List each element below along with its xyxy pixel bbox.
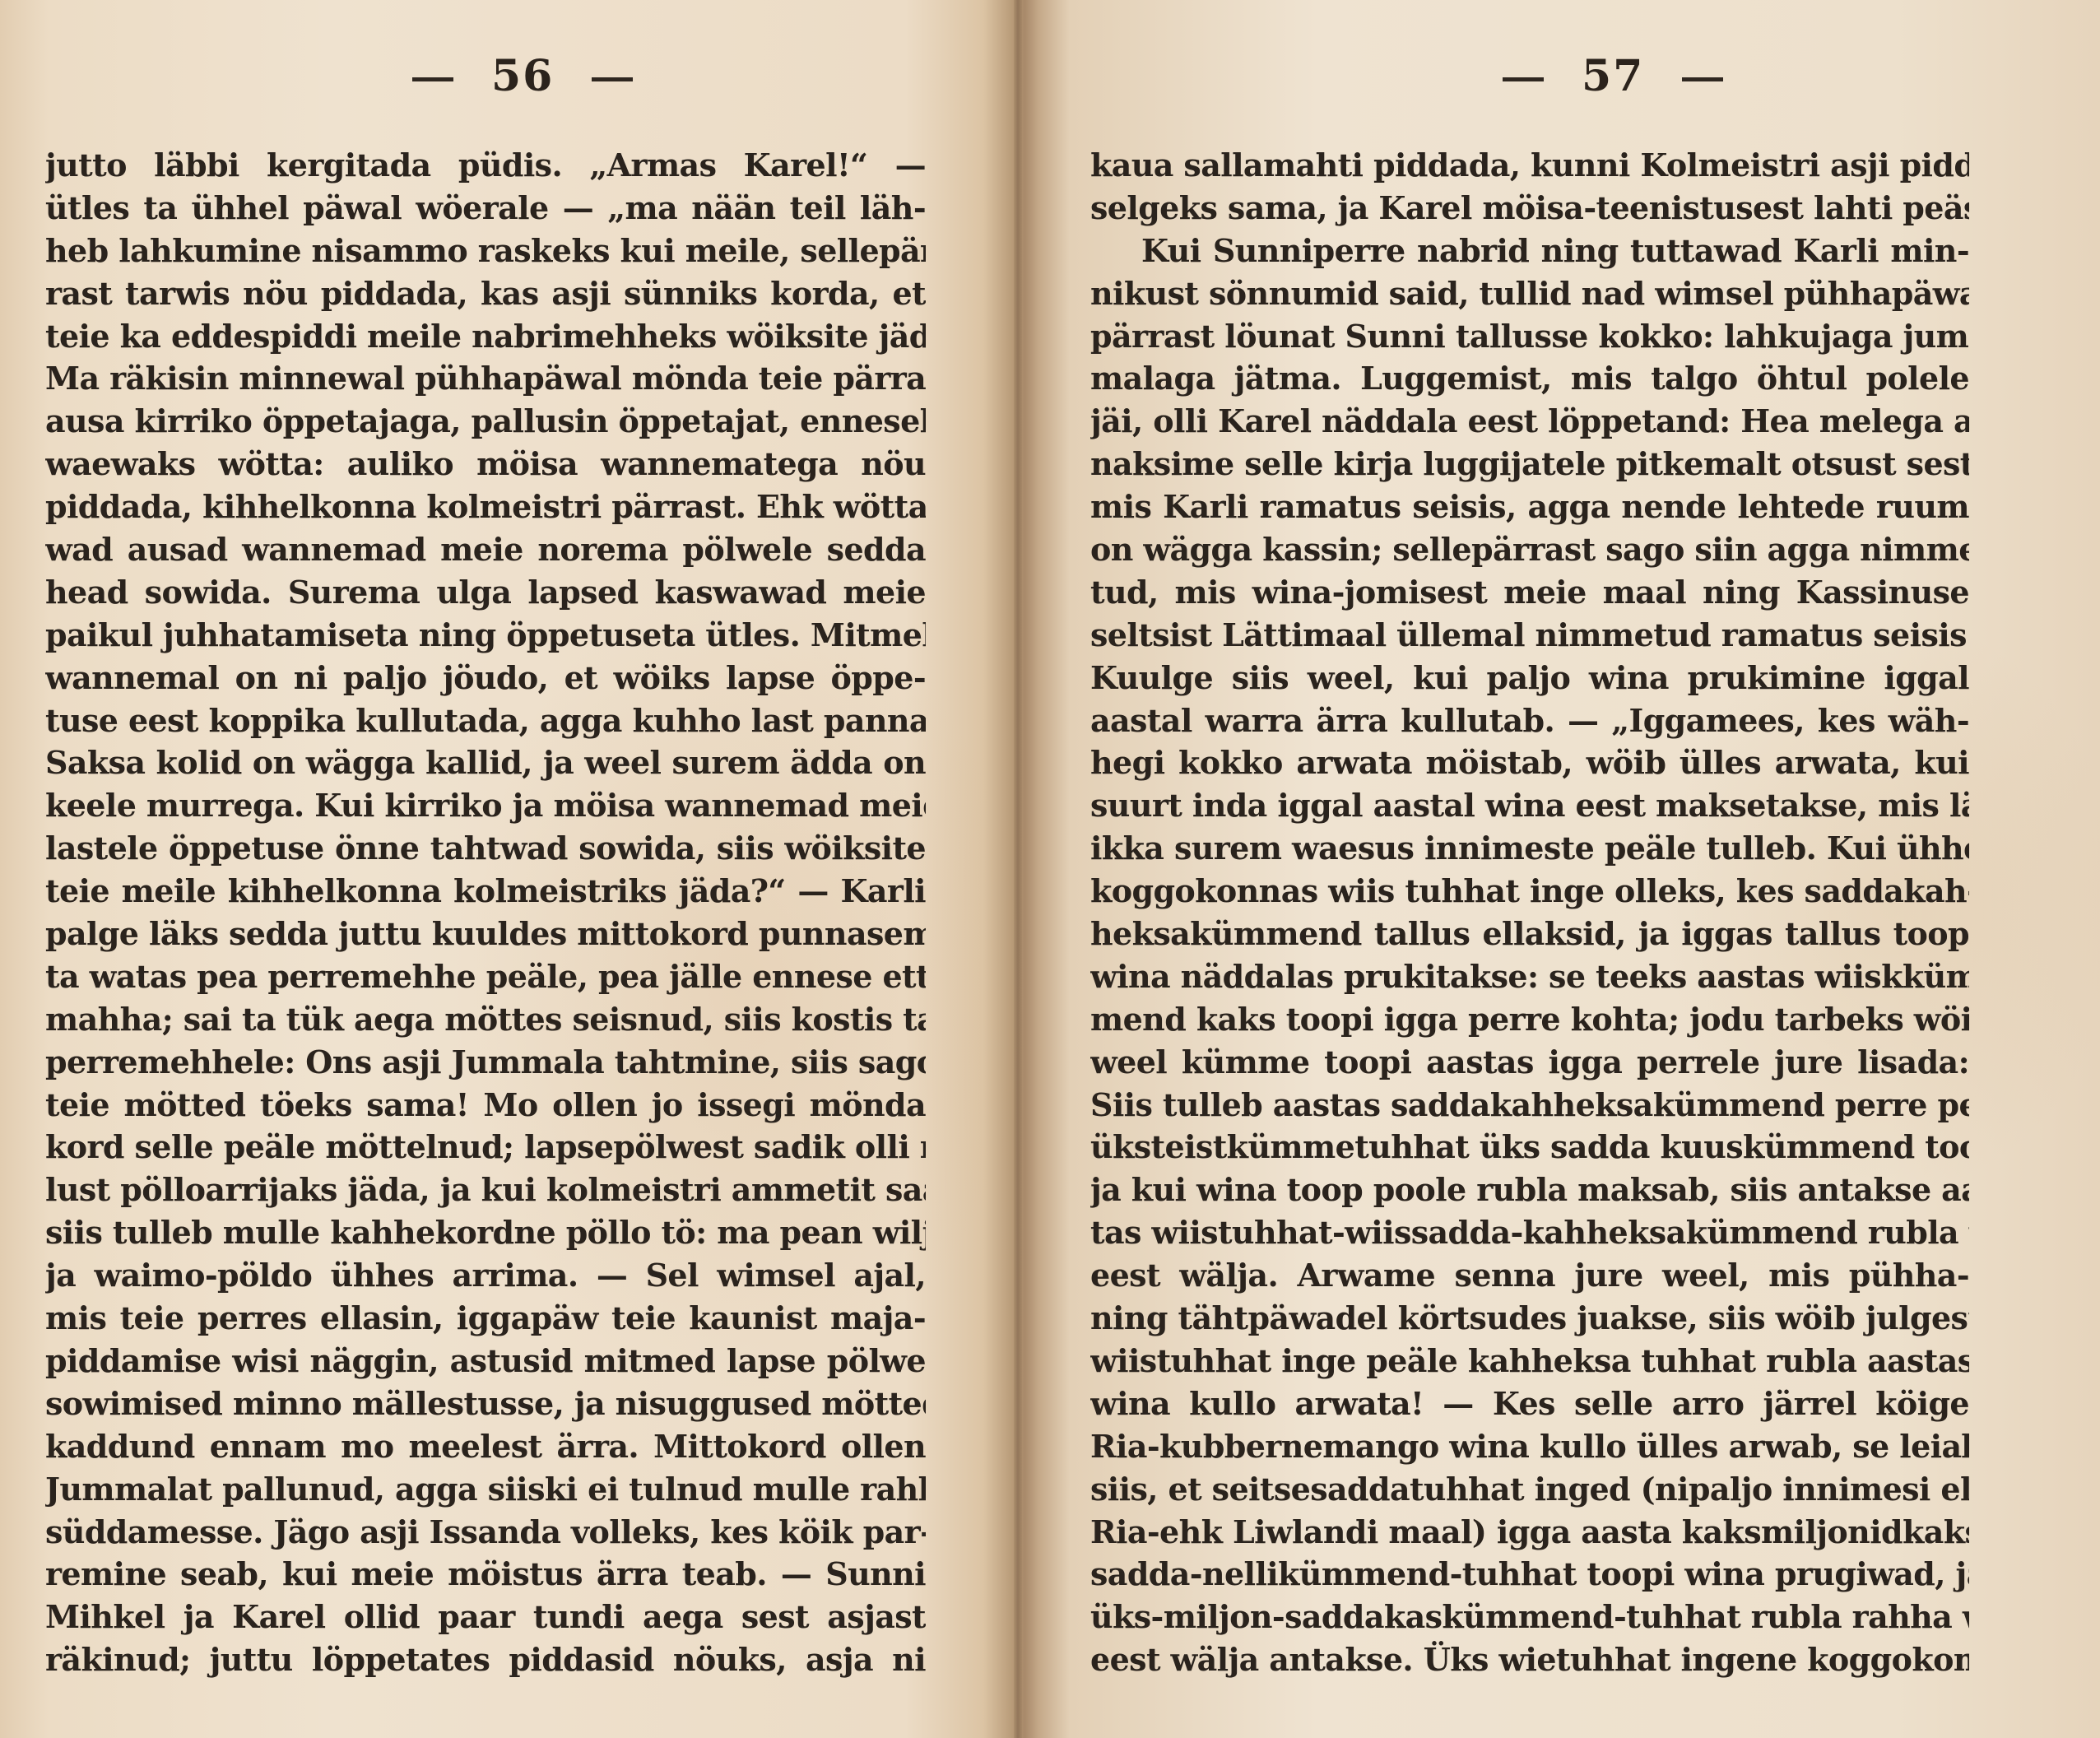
text-line: koggokonnas wiis tuhhat inge olleks, kes… <box>1090 870 1969 913</box>
text-line: Ma räkisin minnewal pühhapäwal mönda tei… <box>45 357 926 400</box>
text-line: sowimised minno mällestusse, ja nisuggus… <box>45 1382 926 1425</box>
folio-dash <box>1503 77 1544 81</box>
right-text-column: kaua sallamahti piddada, kunni Kolmeistr… <box>1090 144 1969 1681</box>
page-number-text: 57 <box>1582 51 1644 101</box>
text-line: Ria-ehk Liwlandi maal) igga aasta kaksmi… <box>1090 1511 1969 1554</box>
text-line: seltsist Lättimaal üllemal nimmetud rama… <box>1090 614 1969 657</box>
text-line: heb lahkumine nisammo raskeks kui meile,… <box>45 230 926 272</box>
text-line: Saksa kolid on wägga kallid, ja weel sur… <box>45 741 926 784</box>
text-line: teie mötted töeks sama! Mo ollen jo isse… <box>45 1084 926 1127</box>
text-line: Mihkel ja Karel ollid paar tundi aega se… <box>45 1596 926 1638</box>
text-line: eest wälja. Arwame senna jure weel, mis … <box>1090 1254 1969 1297</box>
text-line: sadda-nellikümmend-tuhhat toopi wina pru… <box>1090 1553 1969 1596</box>
text-line: nikust sönnumid said, tullid nad wimsel … <box>1090 272 1969 315</box>
text-line: Ria-kubbernemango wina kullo ülles arwab… <box>1090 1425 1969 1468</box>
text-line: siis, et seitsesaddatuhhat inged (nipalj… <box>1090 1468 1969 1511</box>
text-line: pärrast löunat Sunni tallusse kokko: lah… <box>1090 315 1969 358</box>
text-line: kaua sallamahti piddada, kunni Kolmeistr… <box>1090 144 1969 187</box>
text-line: waewaks wötta: auliko möisa wannematega … <box>45 443 926 486</box>
left-page: 56 jutto läbbi kergitada püdis. „Armas K… <box>0 0 1004 1738</box>
text-line: wina kullo arwata! — Kes selle arro järr… <box>1090 1382 1969 1425</box>
text-line: ausa kirriko öppetajaga, pallusin öppeta… <box>45 400 926 443</box>
page-number-text: 56 <box>491 51 554 101</box>
book-gutter <box>1014 0 1022 1738</box>
text-line: mis Karli ramatus seisis, agga nende leh… <box>1090 486 1969 528</box>
page-number-right: 57 <box>1465 51 1761 101</box>
text-line: ning tähtpäwadel körtsudes juakse, siis … <box>1090 1297 1969 1340</box>
text-line: perremehhele: Ons asji Jummala tahtmine,… <box>45 1041 926 1084</box>
text-line: tud, mis wina-jomisest meie maal ning Ka… <box>1090 571 1969 614</box>
text-line: naksime selle kirja luggijatele pitkemal… <box>1090 443 1969 486</box>
text-line: keele murrega. Kui kirriko ja möisa wann… <box>45 784 926 827</box>
text-line: Kui Sunniperre nabrid ning tuttawad Karl… <box>1090 230 1969 272</box>
text-line: suurt inda iggal aastal wina eest makset… <box>1090 784 1969 827</box>
text-line: ta watas pea perremehhe peäle, pea jälle… <box>45 955 926 998</box>
right-page: 57 kaua sallamahti piddada, kunni Kolmei… <box>1041 0 2100 1738</box>
text-line: üks-miljon-saddakaskümmend-tuhhat rubla … <box>1090 1596 1969 1638</box>
folio-dash <box>1682 77 1723 81</box>
text-line: hegi kokko arwata möistab, wöib ülles ar… <box>1090 741 1969 784</box>
text-line: remine seab, kui meie möistus ärra teab.… <box>45 1553 926 1596</box>
text-line: mahha; sai ta tük aega möttes seisnud, s… <box>45 998 926 1041</box>
text-line: malaga jätma. Luggemist, mis talgo öhtul… <box>1090 357 1969 400</box>
text-line: üksteistkümmetuhhat üks sadda kuuskümmen… <box>1090 1126 1969 1169</box>
text-line: piddada, kihhelkonna kolmeistri pärrast.… <box>45 486 926 528</box>
text-line: selgeks sama, ja Karel möisa-teenistuses… <box>1090 187 1969 230</box>
text-line: ja kui wina toop poole rubla maksab, sii… <box>1090 1169 1969 1211</box>
folio-dash <box>592 77 633 81</box>
text-line: wannemal on ni paljo jöudo, et wöiks lap… <box>45 657 926 699</box>
text-line: tuse eest koppika kullutada, agga kuhho … <box>45 699 926 742</box>
text-line: wina näddalas prukitakse: se teeks aasta… <box>1090 955 1969 998</box>
text-line: wiistuhhat inge peäle kahheksa tuhhat ru… <box>1090 1340 1969 1382</box>
text-line: Siis tulleb aastas saddakahheksakümmend … <box>1090 1084 1969 1127</box>
text-line: eest wälja antakse. Üks wietuhhat ingene… <box>1090 1638 1969 1681</box>
text-line: jutto läbbi kergitada püdis. „Armas Kare… <box>45 144 926 187</box>
text-line: jäi, olli Karel näddala eest löppetand: … <box>1090 400 1969 443</box>
text-line: ja waimo-pöldo ühhes arrima. — Sel wimse… <box>45 1254 926 1297</box>
text-line: heksakümmend tallus ellaksid, ja iggas t… <box>1090 913 1969 955</box>
text-line: ütles ta ühhel päwal wöerale — „ma nään … <box>45 187 926 230</box>
text-line: Kuulge siis weel, kui paljo wina prukimi… <box>1090 657 1969 699</box>
text-line: siis tulleb mulle kahhekordne pöllo tö: … <box>45 1211 926 1254</box>
text-line: ikka surem waesus innimeste peäle tulleb… <box>1090 827 1969 870</box>
text-line: teie meile kihhelkonna kolmeistriks jäda… <box>45 870 926 913</box>
page-number-left: 56 <box>374 51 671 101</box>
text-line: lust pölloarrijaks jäda, ja kui kolmeist… <box>45 1169 926 1211</box>
text-line: kaddund ennam mo meelest ärra. Mittokord… <box>45 1425 926 1468</box>
text-line: lastele öppetuse önne tahtwad sowida, si… <box>45 827 926 870</box>
text-line: teie ka eddespiddi meile nabrimehheks wö… <box>45 315 926 358</box>
text-line: tas wiistuhhat-wiissadda-kahheksakümmend… <box>1090 1211 1969 1254</box>
text-line: süddamesse. Jägo asji Issanda volleks, k… <box>45 1511 926 1554</box>
text-line: mend kaks toopi igga perre kohta; jodu t… <box>1090 998 1969 1041</box>
text-line: räkinud; juttu löppetates piddasid nöuks… <box>45 1638 926 1681</box>
folio-dash <box>412 77 453 81</box>
text-line: rast tarwis nöu piddada, kas asji sünnik… <box>45 272 926 315</box>
text-line: kord selle peäle möttelnud; lapsepölwest… <box>45 1126 926 1169</box>
text-line: mis teie perres ellasin, iggapäw teie ka… <box>45 1297 926 1340</box>
text-line: aastal warra ärra kullutab. — „Iggamees,… <box>1090 699 1969 742</box>
text-line: paikul juhhatamiseta ning öppetuseta ütl… <box>45 614 926 657</box>
text-line: wad ausad wannemad meie norema pölwele s… <box>45 528 926 571</box>
text-line: on wägga kassin; sellepärrast sago siin … <box>1090 528 1969 571</box>
left-text-column: jutto läbbi kergitada püdis. „Armas Kare… <box>45 144 926 1681</box>
text-line: palge läks sedda juttu kuuldes mittokord… <box>45 913 926 955</box>
text-line: weel kümme toopi aastas igga perrele jur… <box>1090 1041 1969 1084</box>
text-line: Jummalat pallunud, agga siiski ei tulnud… <box>45 1468 926 1511</box>
text-line: head sowida. Surema ulga lapsed kaswawad… <box>45 571 926 614</box>
text-line: piddamise wisi näggin, astusid mitmed la… <box>45 1340 926 1382</box>
